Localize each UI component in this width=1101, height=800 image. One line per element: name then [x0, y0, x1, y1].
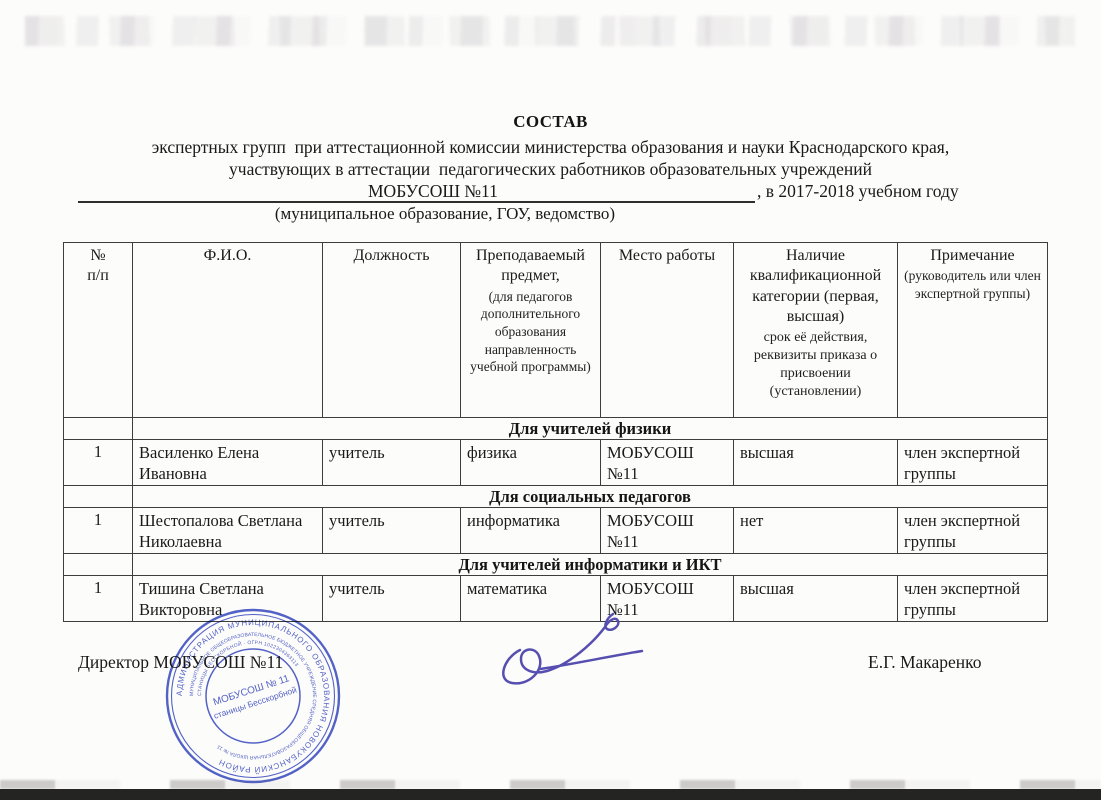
cell-workplace: МОБУСОШ №11	[601, 440, 734, 486]
section-title: Для учителей информатики и ИКТ	[133, 553, 1048, 575]
table-row: 1 Василенко Елена Ивановна учитель физик…	[64, 440, 1048, 486]
header-category: Наличие квалификационной категории (перв…	[734, 243, 898, 418]
cell-number: 1	[64, 507, 133, 553]
cell-remark: член экспертной группы	[898, 440, 1048, 486]
cell-category: высшая	[734, 575, 898, 621]
section-empty-cell	[64, 418, 133, 440]
header-workplace: Место работы	[601, 243, 734, 418]
header-subject-note: (для педагогов дополнительного образован…	[464, 288, 597, 376]
section-empty-cell	[64, 485, 133, 507]
section-empty-cell	[64, 553, 133, 575]
cell-remark: член экспертной группы	[898, 575, 1048, 621]
expert-groups-table: № п/п Ф.И.О. Должность Преподаваемый пре…	[63, 242, 1048, 622]
director-name: Е.Г. Макаренко	[868, 652, 982, 673]
cell-category: нет	[734, 507, 898, 553]
cell-number: 1	[64, 575, 133, 621]
cell-position: учитель	[323, 507, 461, 553]
organization-caption: (муниципальное образование, ГОУ, ведомст…	[130, 204, 760, 224]
header-position: Должность	[323, 243, 461, 418]
cell-category: высшая	[734, 440, 898, 486]
round-stamp: АДМИНИСТРАЦИЯ МУНИЦИПАЛЬНОГО ОБРАЗОВАНИЯ…	[158, 601, 348, 791]
scan-noise-top	[25, 16, 1075, 46]
table-row: 1 Шестопалова Светлана Николаевна учител…	[64, 507, 1048, 553]
document-title: СОСТАВ	[0, 112, 1101, 132]
cell-subject: информатика	[461, 507, 601, 553]
header-remark-note: (руководитель или член экспертной группы…	[901, 267, 1044, 302]
scanned-document-page: СОСТАВ экспертных групп при аттестационн…	[0, 0, 1101, 800]
header-fio: Ф.И.О.	[133, 243, 323, 418]
cell-subject: физика	[461, 440, 601, 486]
cell-workplace: МОБУСОШ №11	[601, 507, 734, 553]
school-year-suffix: , в 2017-2018 учебном году	[757, 181, 959, 202]
document-subtitle-line2: участвующих в аттестации педагогических …	[0, 159, 1101, 180]
section-title: Для социальных педагогов	[133, 485, 1048, 507]
header-number: № п/п	[64, 243, 133, 418]
cell-fio: Шестопалова Светлана Николаевна	[133, 507, 323, 553]
cell-fio: Василенко Елена Ивановна	[133, 440, 323, 486]
handwritten-signature	[488, 606, 660, 698]
header-category-note: срок её действия, реквизиты приказа о пр…	[737, 329, 894, 402]
stamp-second-circle	[172, 615, 335, 778]
section-row-social: Для социальных педагогов	[64, 485, 1048, 507]
cell-remark: член экспертной группы	[898, 507, 1048, 553]
cell-position: учитель	[323, 440, 461, 486]
organization-line: МОБУСОШ №11 , в 2017-2018 учебном году	[0, 181, 1101, 205]
document-subtitle-line1: экспертных групп при аттестационной коми…	[0, 137, 1101, 158]
organization-name: МОБУСОШ №11	[368, 181, 498, 202]
header-remark: Примечание (руководитель или член экспер…	[898, 243, 1048, 418]
section-row-physics: Для учителей физики	[64, 418, 1048, 440]
cell-number: 1	[64, 440, 133, 486]
section-row-informatics: Для учителей информатики и ИКТ	[64, 553, 1048, 575]
scan-edge-strip	[0, 789, 1101, 800]
table-header-row: № п/п Ф.И.О. Должность Преподаваемый пре…	[64, 243, 1048, 418]
scan-noise-bottom	[0, 780, 1101, 789]
section-title: Для учителей физики	[133, 418, 1048, 440]
header-subject: Преподаваемый предмет, (для педагогов до…	[461, 243, 601, 418]
